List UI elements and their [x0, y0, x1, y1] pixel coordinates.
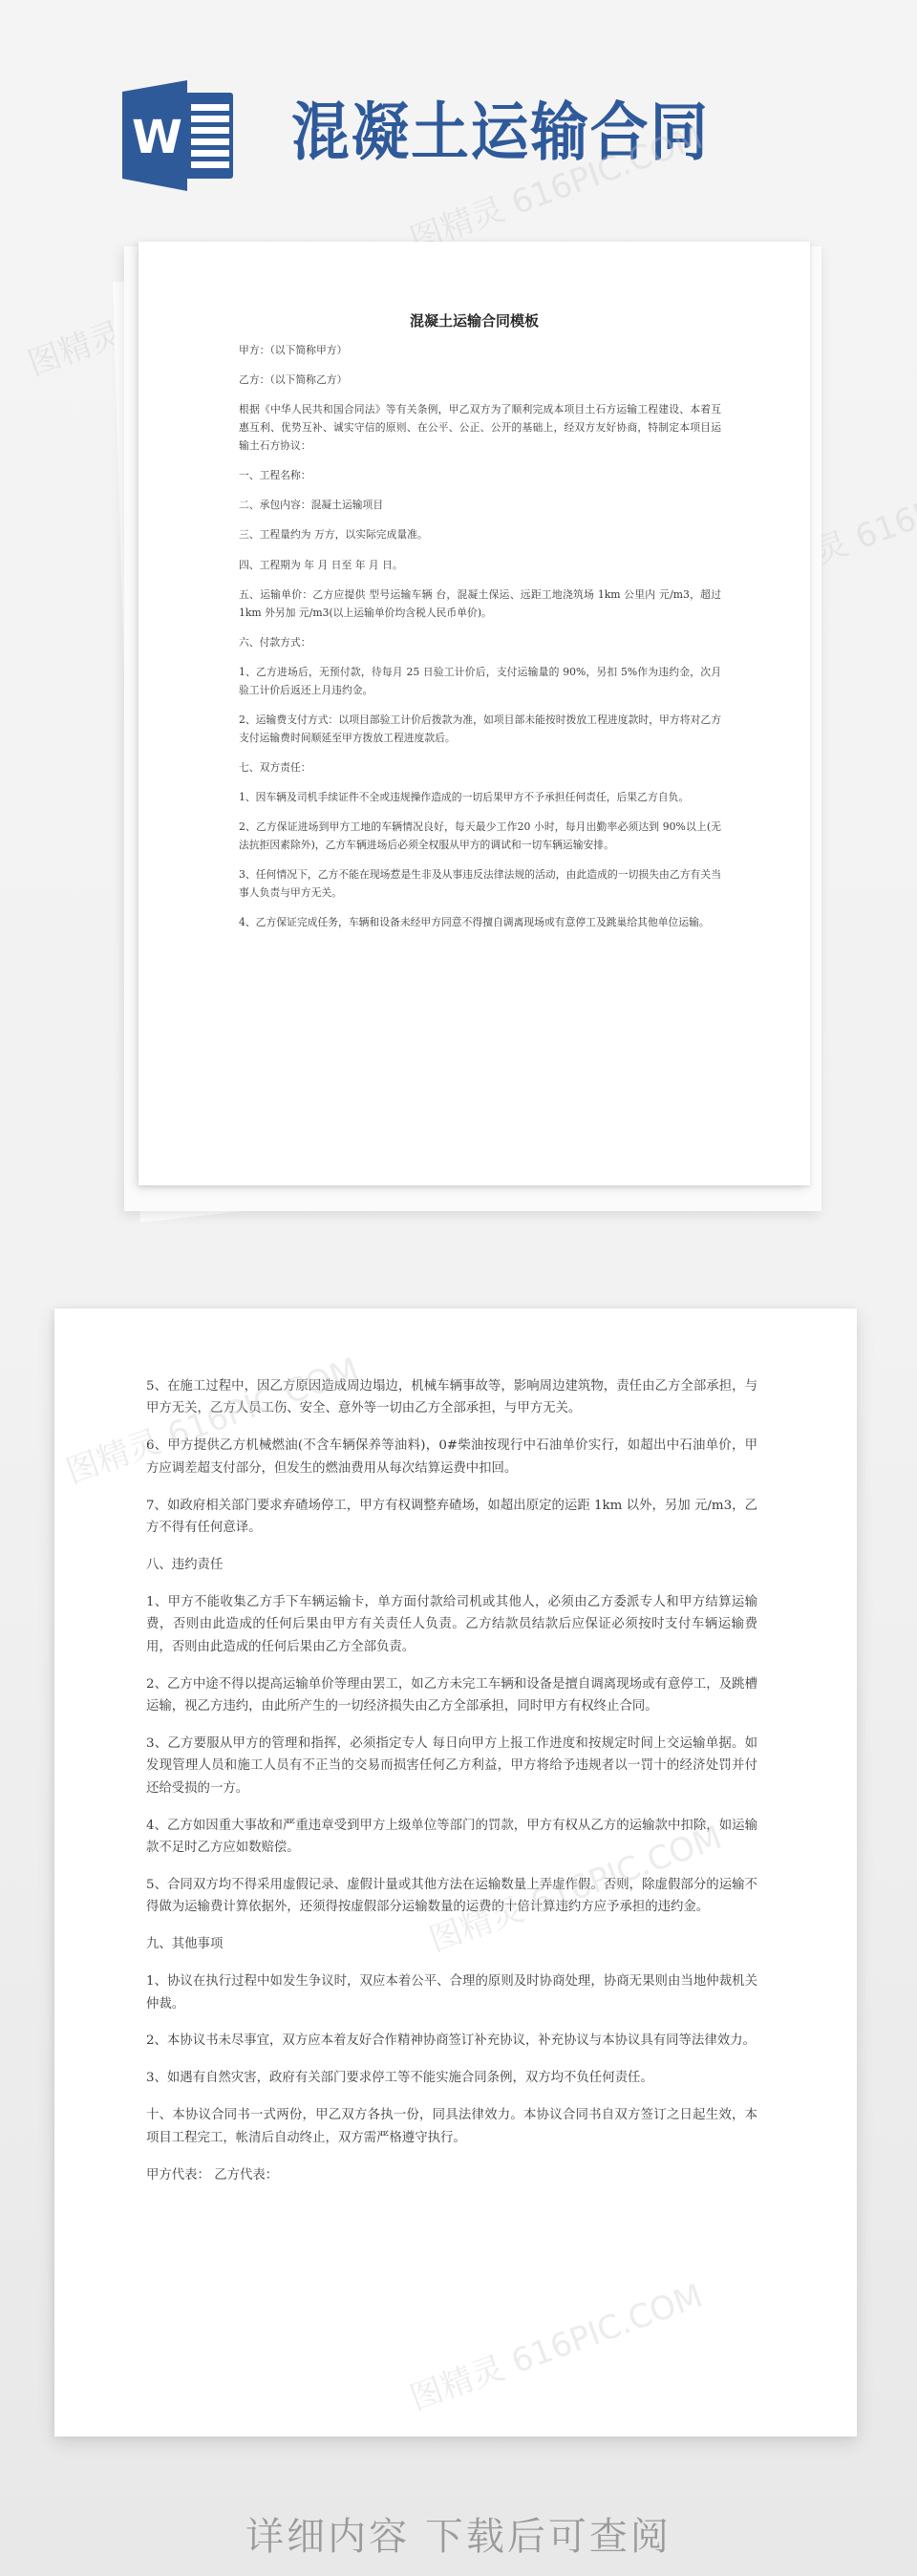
paragraph: 5、合同双方均不得采用虚假记录、虚假计量或其他方法在运输数量上弄虚作假。否则，除…: [146, 1874, 757, 1919]
paragraph: 甲方：（以下简称甲方）: [239, 342, 721, 360]
paragraph: 2、乙方保证进场到甲方工地的车辆情况良好，每天最少工作20 小时，每月出勤率必须…: [239, 819, 721, 854]
paragraph: 九、其他事项: [146, 1933, 757, 1955]
paragraph: 六、付款方式：: [239, 634, 721, 652]
paragraph: 4、乙方保证完成任务，车辆和设备未经甲方同意不得擅自调离现场或有意停工及跳巢给其…: [239, 914, 721, 932]
signature-line: 甲方代表： 乙方代表：: [146, 2164, 757, 2186]
paragraph: 1、协议在执行过程中如发生争议时，双应本着公平、合理的原则及时协商处理，协商无果…: [146, 1970, 757, 2015]
paragraph: 5、在施工过程中，因乙方原因造成周边塌边，机械车辆事故等，影响周边建筑物，责任由…: [146, 1375, 757, 1420]
paragraph: 6、甲方提供乙方机械燃油(不含车辆保养等油料)，0#柴油按现行中石油单价实行，如…: [146, 1435, 757, 1480]
page-title: 混凝土运输合同: [291, 94, 710, 170]
paragraph: 3、任何情况下，乙方不能在现场惹是生非及从事违反法律法规的活动，由此造成的一切损…: [239, 866, 721, 902]
paragraph: 十、本协议合同书一式两份，甲乙双方各执一份，同具法律效力。本协议合同书自双方签订…: [146, 2104, 757, 2149]
paragraph: 八、违约责任: [146, 1554, 757, 1576]
paragraph: 四、工程期为 年 月 日至 年 月 日。: [239, 557, 721, 575]
paragraph: 2、运输费支付方式：以项目部验工计价后拨款为准，如项目部未能按时拨放工程进度款时…: [239, 712, 721, 747]
download-hint: 详细内容 下载后可查阅: [0, 2506, 917, 2561]
paragraph: 1、乙方进场后，无预付款，待每月 25 日验工计价后，支付运输量的 90%，另扣…: [239, 664, 721, 699]
page-2-body: 5、在施工过程中，因乙方原因造成周边塌边，机械车辆事故等，影响周边建筑物，责任由…: [146, 1375, 757, 2201]
paragraph: 乙方：（以下简称乙方）: [239, 372, 721, 390]
paragraph: 7、如政府相关部门要求弃碴场停工，甲方有权调整弃碴场，如超出原定的运距 1km …: [146, 1495, 757, 1540]
document-page-2: 5、在施工过程中，因乙方原因造成周边塌边，机械车辆事故等，影响周边建筑物，责任由…: [54, 1309, 857, 2437]
page-1-body: 甲方：（以下简称甲方） 乙方：（以下简称乙方） 根据《中华人民共和国合同法》等有…: [239, 342, 721, 944]
paragraph: 七、双方责任：: [239, 759, 721, 777]
paragraph: 1、甲方不能收集乙方手下车辆运输卡，单方面付款给司机或其他人，必须由乙方委派专人…: [146, 1591, 757, 1658]
paragraph: 三、工程量约为 万方，以实际完成量准。: [239, 526, 721, 544]
paragraph: 二、承包内容：混凝土运输项目: [239, 497, 721, 515]
paragraph: 2、本协议书未尽事宜，双方应本着友好合作精神协商签订补充协议，补充协议与本协议具…: [146, 2030, 757, 2052]
document-title: 混凝土运输合同模板: [139, 310, 810, 330]
word-icon: W: [122, 80, 235, 191]
document-page-1: 混凝土运输合同模板 甲方：（以下简称甲方） 乙方：（以下简称乙方） 根据《中华人…: [139, 242, 810, 1185]
paragraph: 1、因车辆及司机手续证件不全或违规操作造成的一切后果甲方不予承担任何责任，后果乙…: [239, 789, 721, 807]
paragraph: 2、乙方中途不得以提高运输单价等理由罢工，如乙方未完工车辆和设备是擅自调离现场或…: [146, 1673, 757, 1718]
header: W 混凝土运输合同: [0, 0, 917, 229]
paragraph: 3、如遇有自然灾害，政府有关部门要求停工等不能实施合同条例，双方均不负任何责任。: [146, 2067, 757, 2089]
paragraph: 一、工程名称：: [239, 467, 721, 485]
svg-text:W: W: [132, 111, 182, 164]
paragraph: 根据《中华人民共和国合同法》等有关条例，甲乙双方为了顺利完成本项目土石方运输工程…: [239, 401, 721, 455]
paragraph: 4、乙方如因重大事故和严重违章受到甲方上级单位等部门的罚款，甲方有权从乙方的运输…: [146, 1815, 757, 1860]
paragraph: 五、运输单价：乙方应提供 型号运输车辆 台，混凝土保运、远距工地浇筑场 1km …: [239, 586, 721, 622]
paragraph: 3、乙方要服从甲方的管理和指挥，必须指定专人 每日向甲方上报工作进度和按规定时间…: [146, 1733, 757, 1799]
